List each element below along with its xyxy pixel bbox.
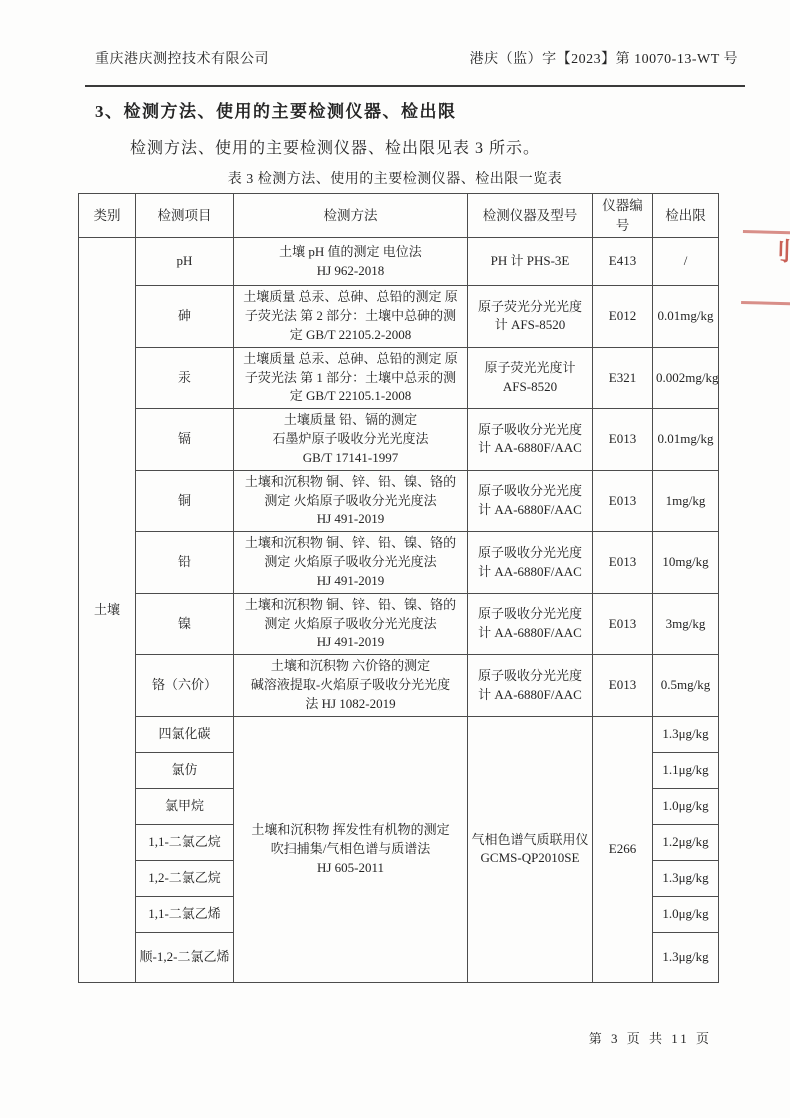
cell-code: E013 — [593, 655, 653, 717]
cell-limit: 3mg/kg — [653, 593, 719, 655]
cell-limit: 1.3μg/kg — [653, 860, 719, 896]
table-row: 镍 土壤和沉积物 铜、锌、铅、镍、铬的 测定 火焰原子吸收分光光度法 HJ 49… — [79, 593, 719, 655]
cell-item: 顺-1,2-二氯乙烯 — [136, 932, 234, 982]
cell-instrument: 原子荧光光度计 AFS-8520 — [468, 347, 593, 409]
cell-item: 氯仿 — [136, 752, 234, 788]
cell-item: 铬（六价） — [136, 655, 234, 717]
company-name: 重庆港庆测控技术有限公司 — [95, 48, 269, 68]
cell-method: 土壤和沉积物 铜、锌、铅、镍、铬的 测定 火焰原子吸收分光光度法 HJ 491-… — [234, 470, 468, 532]
document-number: 港庆（监）字【2023】第 10070-13-WT 号 — [470, 48, 738, 68]
page-number: 第 3 页 共 11 页 — [0, 1028, 712, 1047]
cell-code: E013 — [593, 593, 653, 655]
table-row: 砷 土壤质量 总汞、总砷、总铅的测定 原 子荧光法 第 2 部分：土壤中总砷的测… — [79, 286, 719, 348]
cell-limit: 1.3μg/kg — [653, 932, 719, 982]
cell-method: 土壤和沉积物 铜、锌、铅、镍、铬的 测定 火焰原子吸收分光光度法 HJ 491-… — [234, 593, 468, 655]
cell-code: E413 — [593, 238, 653, 286]
cell-limit: 1.0μg/kg — [653, 896, 719, 932]
col-header-instrument: 检测仪器及型号 — [468, 194, 593, 238]
detection-table-container: 类别 检测项目 检测方法 检测仪器及型号 仪器编号 检出限 土壤 pH 土壤 p… — [78, 193, 719, 983]
cell-method-voc-group: 土壤和沉积物 挥发性有机物的测定 吹扫捕集/气相色谱与质谱法 HJ 605-20… — [234, 716, 468, 982]
stamp-border-bottom — [741, 301, 790, 306]
cell-item: 镉 — [136, 409, 234, 471]
table-row: 铅 土壤和沉积物 铜、锌、铅、镍、铬的 测定 火焰原子吸收分光光度法 HJ 49… — [79, 532, 719, 594]
cell-instrument: 原子吸收分光光度 计 AA-6880F/AAC — [468, 409, 593, 471]
cell-instrument: 原子吸收分光光度 计 AA-6880F/AAC — [468, 593, 593, 655]
cell-code: E013 — [593, 409, 653, 471]
cell-instrument: PH 计 PHS-3E — [468, 238, 593, 286]
cell-method: 土壤质量 铅、镉的测定 石墨炉原子吸收分光光度法 GB/T 17141-1997 — [234, 409, 468, 471]
cell-method: 土壤质量 总汞、总砷、总铅的测定 原 子荧光法 第 2 部分：土壤中总砷的测 定… — [234, 286, 468, 348]
cell-code-voc-group: E266 — [593, 716, 653, 982]
cell-item: 1,1-二氯乙烯 — [136, 896, 234, 932]
header-divider — [85, 85, 745, 87]
col-header-method: 检测方法 — [234, 194, 468, 238]
cell-code: E013 — [593, 532, 653, 594]
cell-limit: 1.3μg/kg — [653, 716, 719, 752]
table-row: 铜 土壤和沉积物 铜、锌、铅、镍、铬的 测定 火焰原子吸收分光光度法 HJ 49… — [79, 470, 719, 532]
table-row: 四氯化碳 土壤和沉积物 挥发性有机物的测定 吹扫捕集/气相色谱与质谱法 HJ 6… — [79, 716, 719, 752]
cell-limit: 0.002mg/kg — [653, 347, 719, 409]
cell-limit: / — [653, 238, 719, 286]
cell-method: 土壤和沉积物 六价铬的测定 碱溶液提取-火焰原子吸收分光光度 法 HJ 1082… — [234, 655, 468, 717]
cell-instrument-voc-group: 气相色谱气质联用仪 GCMS-QP2010SE — [468, 716, 593, 982]
stamp-border-top — [743, 230, 790, 235]
cell-limit: 1mg/kg — [653, 470, 719, 532]
cell-item: 镍 — [136, 593, 234, 655]
cell-item: 氯甲烷 — [136, 788, 234, 824]
cell-method: 土壤质量 总汞、总砷、总铅的测定 原 子荧光法 第 1 部分：土壤中总汞的测 定… — [234, 347, 468, 409]
cell-instrument: 原子吸收分光光度 计 AA-6880F/AAC — [468, 655, 593, 717]
table-header-row: 类别 检测项目 检测方法 检测仪器及型号 仪器编号 检出限 — [79, 194, 719, 238]
section-title: 3、检测方法、使用的主要检测仪器、检出限 — [95, 97, 457, 122]
cell-code: E321 — [593, 347, 653, 409]
col-header-limit: 检出限 — [653, 194, 719, 238]
cell-instrument: 原子吸收分光光度 计 AA-6880F/AAC — [468, 532, 593, 594]
cell-code: E013 — [593, 470, 653, 532]
cell-item: 铅 — [136, 532, 234, 594]
cell-item: 汞 — [136, 347, 234, 409]
cell-limit: 1.1μg/kg — [653, 752, 719, 788]
document-page: 重庆港庆测控技术有限公司 港庆（监）字【2023】第 10070-13-WT 号… — [0, 0, 790, 1118]
cell-method: 土壤 pH 值的测定 电位法 HJ 962-2018 — [234, 238, 468, 286]
cell-item: 1,1-二氯乙烷 — [136, 824, 234, 860]
table-row: 铬（六价） 土壤和沉积物 六价铬的测定 碱溶液提取-火焰原子吸收分光光度 法 H… — [79, 655, 719, 717]
cell-limit: 1.2μg/kg — [653, 824, 719, 860]
cell-method: 土壤和沉积物 铜、锌、铅、镍、铬的 测定 火焰原子吸收分光光度法 HJ 491-… — [234, 532, 468, 594]
cell-item: 1,2-二氯乙烷 — [136, 860, 234, 896]
cell-instrument: 原子荧光分光光度 计 AFS-8520 — [468, 286, 593, 348]
col-header-category: 类别 — [79, 194, 136, 238]
detection-table: 类别 检测项目 检测方法 检测仪器及型号 仪器编号 检出限 土壤 pH 土壤 p… — [78, 193, 719, 983]
col-header-code: 仪器编号 — [593, 194, 653, 238]
cell-instrument: 原子吸收分光光度 计 AA-6880F/AAC — [468, 470, 593, 532]
stamp-character-1: 刂控 — [742, 236, 790, 269]
col-header-item: 检测项目 — [136, 194, 234, 238]
intro-paragraph: 检测方法、使用的主要检测仪器、检出限见表 3 所示。 — [130, 135, 540, 158]
cell-limit: 1.0μg/kg — [653, 788, 719, 824]
cell-item: 四氯化碳 — [136, 716, 234, 752]
stamp-character-2: 纟 — [741, 267, 790, 300]
table-row: 汞 土壤质量 总汞、总砷、总铅的测定 原 子荧光法 第 1 部分：土壤中总汞的测… — [79, 347, 719, 409]
cell-limit: 0.01mg/kg — [653, 409, 719, 471]
partial-red-stamp: 刂控 纟 — [741, 227, 790, 309]
document-header: 重庆港庆测控技术有限公司 港庆（监）字【2023】第 10070-13-WT 号 — [95, 48, 738, 68]
cell-limit: 0.01mg/kg — [653, 286, 719, 348]
cell-category: 土壤 — [79, 238, 136, 983]
table-caption: 表 3 检测方法、使用的主要检测仪器、检出限一览表 — [0, 168, 790, 188]
table-row: 土壤 pH 土壤 pH 值的测定 电位法 HJ 962-2018 PH 计 PH… — [79, 238, 719, 286]
cell-limit: 0.5mg/kg — [653, 655, 719, 717]
cell-item: 砷 — [136, 286, 234, 348]
cell-limit: 10mg/kg — [653, 532, 719, 594]
table-row: 镉 土壤质量 铅、镉的测定 石墨炉原子吸收分光光度法 GB/T 17141-19… — [79, 409, 719, 471]
cell-item: pH — [136, 238, 234, 286]
cell-item: 铜 — [136, 470, 234, 532]
cell-code: E012 — [593, 286, 653, 348]
